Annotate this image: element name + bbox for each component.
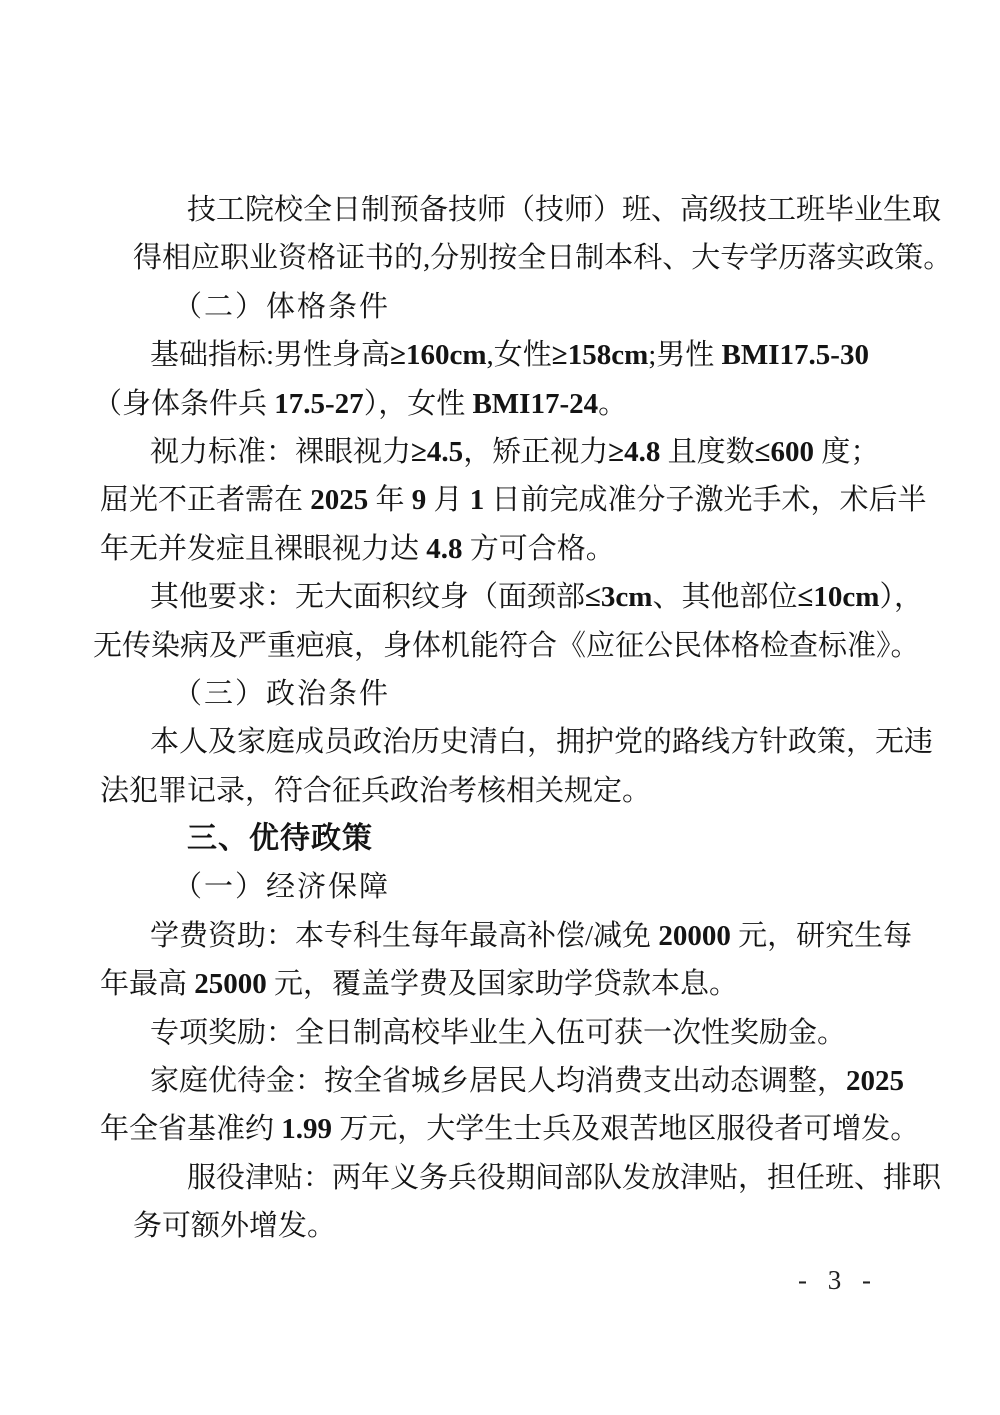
text-run: 日前完成准分子激光手术，术后半	[484, 484, 926, 516]
text-run: 屈光不正者需在	[100, 484, 310, 516]
text-run: 元，覆盖学费及国家助学贷款本息。	[267, 968, 738, 1000]
para-vision-standard-line3: 年无并发症且裸眼视力达 4.8 方可合格。	[100, 525, 910, 573]
para-tuition-aid-line1: 学费资助：本专科生每年最高补偿/减免 20000 元，研究生每	[100, 912, 910, 960]
page-number: - 3 -	[798, 1262, 878, 1298]
text-run: 年	[368, 484, 412, 516]
bold-number-run: ≥4.5	[411, 436, 463, 468]
text-run: ），女性	[364, 388, 473, 420]
bold-number-run: 2025	[310, 484, 368, 516]
text-run: 本人及家庭成员政治历史清白，拥护党的路线方针政策，无违	[150, 726, 933, 758]
text-run: 度；	[814, 436, 879, 468]
heading-political-conditions: （三）政治条件	[100, 670, 910, 718]
text-run: （身体条件兵	[93, 388, 274, 420]
para-political-line1: 本人及家庭成员政治历史清白，拥护党的路线方针政策，无违	[100, 718, 910, 766]
text-run: 月	[426, 484, 470, 516]
heading-physical-conditions: （二）体格条件	[100, 283, 910, 331]
para-degree-policy-line2: 得相应职业资格证书的,分别按全日制本科、大专学历落实政策。	[100, 234, 910, 282]
text-run: （三）政治条件	[173, 678, 390, 710]
para-vision-standard-line2: 屈光不正者需在 2025 年 9 月 1 日前完成准分子激光手术，术后半	[100, 476, 910, 524]
bold-number-run: ≥4.8	[608, 436, 660, 468]
text-run: （一）经济保障	[173, 871, 390, 903]
bold-number-run: ≥158cm	[552, 339, 648, 371]
text-run: 年全省基准约	[100, 1113, 281, 1145]
text-run: 、其他部位	[652, 581, 797, 613]
para-other-requirements-line1: 其他要求：无大面积纹身（面颈部≤3cm、其他部位≤10cm），	[100, 573, 910, 621]
para-tuition-aid-line2: 年最高 25000 元，覆盖学费及国家助学贷款本息。	[100, 960, 910, 1008]
text-run: 万元，大学生士兵及艰苦地区服役者可增发。	[332, 1113, 919, 1145]
text-run: 服役津贴：两年义务兵役期间部队发放津贴，担任班、排职	[187, 1162, 941, 1194]
bold-number-run: 25000	[194, 968, 267, 1000]
bold-number-run: 1	[470, 484, 485, 516]
heading-preferential-policy: 三、优待政策	[100, 815, 910, 863]
document-page: 技工院校全日制预备技师（技师）班、高级技工班毕业生取 得相应职业资格证书的,分别…	[0, 0, 1000, 1415]
bold-number-run: ≤600	[755, 436, 814, 468]
para-basic-indicators-line1: 基础指标:男性身高≥160cm,女性≥158cm;男性 BMI17.5-30	[100, 331, 910, 379]
bold-number-run: BMI17.5-30	[722, 339, 869, 371]
text-run: 且度数	[660, 436, 754, 468]
bold-number-run: 1.99	[281, 1113, 332, 1145]
text-run: 专项奖励：全日制高校毕业生入伍可获一次性奖励金。	[150, 1017, 846, 1049]
text-run: 元，研究生每	[731, 920, 912, 952]
document-body: 技工院校全日制预备技师（技师）班、高级技工班毕业生取 得相应职业资格证书的,分别…	[100, 186, 910, 1251]
text-run: 年最高	[100, 968, 194, 1000]
text-run: ，矫正视力	[463, 436, 608, 468]
para-family-allowance-line1: 家庭优待金：按全省城乡居民人均消费支出动态调整，2025	[100, 1057, 910, 1105]
text-run: 其他要求：无大面积纹身（面颈部	[150, 581, 585, 613]
text-run: 方可合格。	[463, 533, 615, 565]
bold-number-run: ≤3cm	[585, 581, 652, 613]
bold-number-run: 4.8	[426, 533, 462, 565]
text-run: 学费资助：本专科生每年最高补偿/减免	[150, 920, 658, 952]
text-run: ），	[879, 581, 923, 613]
text-run: 得相应职业资格证书的,分别按全日制本科、大专学历落实政策。	[133, 242, 952, 274]
bold-number-run: 9	[412, 484, 427, 516]
bold-number-run: BMI17-24	[472, 388, 598, 420]
text-run: 基础指标:男性身高	[150, 339, 390, 371]
text-run: 。	[598, 388, 627, 420]
text-run: 年无并发症且裸眼视力达	[100, 533, 426, 565]
para-vision-standard-line1: 视力标准：裸眼视力≥4.5，矫正视力≥4.8 且度数≤600 度；	[100, 428, 910, 476]
bold-number-run: ≤10cm	[797, 581, 879, 613]
para-other-requirements-line2: 无传染病及严重疤痕，身体机能符合《应征公民体格检查标准》。	[93, 622, 910, 670]
para-service-allowance-line2: 务可额外增发。	[100, 1202, 910, 1250]
para-degree-policy-line1: 技工院校全日制预备技师（技师）班、高级技工班毕业生取	[100, 186, 910, 234]
bold-number-run: 17.5-27	[274, 388, 363, 420]
text-run: ;男性	[648, 339, 721, 371]
para-political-line2: 法犯罪记录，符合征兵政治考核相关规定。	[100, 767, 910, 815]
text-run: 务可额外增发。	[133, 1210, 336, 1242]
bold-number-run: 2025	[846, 1065, 904, 1097]
text-run: ,女性	[487, 339, 552, 371]
bold-number-run: 20000	[658, 920, 731, 952]
bold-number-run: ≥160cm	[390, 339, 486, 371]
para-special-reward: 专项奖励：全日制高校毕业生入伍可获一次性奖励金。	[100, 1009, 910, 1057]
text-run: 视力标准：裸眼视力	[150, 436, 411, 468]
heading-economic-support: （一）经济保障	[100, 863, 910, 911]
para-basic-indicators-line2: （身体条件兵 17.5-27），女性 BMI17-24。	[93, 380, 910, 428]
text-run: 家庭优待金：按全省城乡居民人均消费支出动态调整，	[150, 1065, 846, 1097]
text-run: 技工院校全日制预备技师（技师）班、高级技工班毕业生取	[187, 194, 941, 226]
text-run: （二）体格条件	[173, 291, 390, 323]
para-service-allowance-line1: 服役津贴：两年义务兵役期间部队发放津贴，担任班、排职	[100, 1154, 910, 1202]
para-family-allowance-line2: 年全省基准约 1.99 万元，大学生士兵及艰苦地区服役者可增发。	[100, 1105, 910, 1153]
text-run: 三、优待政策	[187, 822, 373, 855]
text-run: 法犯罪记录，符合征兵政治考核相关规定。	[100, 775, 651, 807]
text-run: 无传染病及严重疤痕，身体机能符合《应征公民体格检查标准》。	[93, 630, 920, 662]
